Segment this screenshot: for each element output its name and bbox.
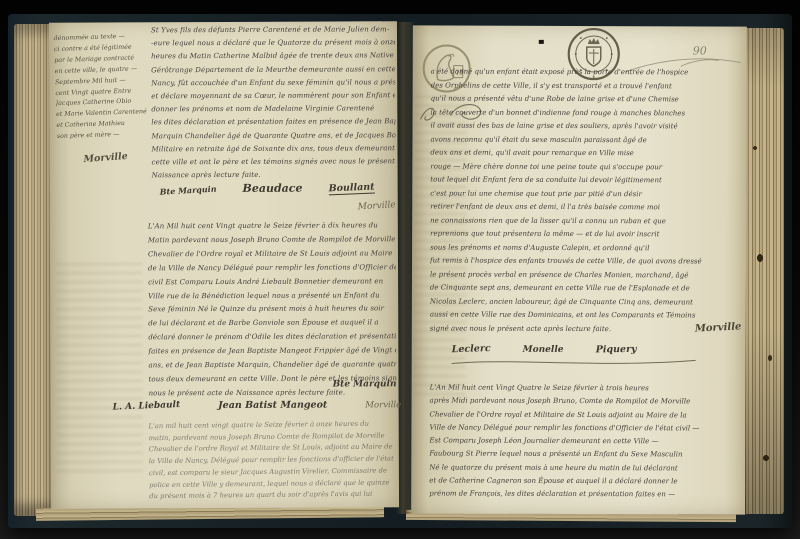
right-act1-signatures: Leclerc Monelle Piquery: [452, 344, 712, 356]
signature: Monelle: [523, 345, 564, 355]
handwritten-line: tout lequel dit Enfant fera de sa condui…: [430, 173, 742, 188]
handwritten-line: cette ville et ont le père et les témoin…: [152, 155, 396, 169]
handwritten-line: Chevalier de l'Ordre royal et Militaire …: [148, 247, 396, 262]
act2-signatures-row1: Bte Marquin: [303, 379, 397, 389]
right-act1-official-signature: Morville: [648, 322, 742, 333]
signature-official: Morville: [365, 400, 401, 410]
right-act2-text: L'An Mil huit cent Vingt Quatre le Seize…: [429, 381, 741, 502]
signature: Bte Marquin: [159, 184, 216, 197]
right-page: 1F: [411, 25, 747, 514]
act2-signatures-row2: L. A. Liebault Jean Batist Mangeot Morvi…: [113, 399, 397, 411]
handwritten-line: Ville de Nancy Délégué pour remplir les …: [429, 421, 741, 435]
handwritten-line: retirer l'enfant de deux ans et demi, il…: [430, 200, 742, 215]
handwritten-line: ne connaissions rien que de la lisser qu…: [430, 214, 742, 229]
handwritten-line: rouge — Mère chère donne toi une peine t…: [430, 160, 742, 175]
handwritten-line: son père et mère —: [57, 129, 153, 143]
handwritten-line: Est Comparu Joseph Léon Journalier demeu…: [429, 435, 741, 449]
handwritten-line: L'An Mil huit cent Vingt quatre le Seize…: [148, 219, 396, 234]
handwritten-line: la tête couverte d'un bonnet d'indienne …: [431, 106, 743, 121]
handwritten-line: prénom de François, les dites déclaratio…: [429, 488, 741, 502]
handwritten-line: de Cinquante sept ans, demeurant en cett…: [430, 281, 742, 296]
handwritten-line: Chevalier de l'Ordre royal et Militaire …: [429, 408, 741, 422]
handwritten-line: L'An Mil huit cent Vingt Quatre le Seize…: [430, 381, 742, 395]
handwritten-line: faites en présence de Jean Baptiste Mang…: [148, 344, 396, 359]
handwritten-line: a été donné qu'un enfant était exposé pr…: [431, 65, 743, 80]
handwritten-line: Nancy, fût accouchée d'un Enfant du sexe…: [151, 76, 395, 90]
handwritten-line: Ville rue de la Bénédiction lequel nous …: [148, 289, 396, 304]
signature: L. A. Liebault: [112, 400, 180, 413]
right-act1-text: a été donné qu'un enfant était exposé pr…: [430, 65, 743, 336]
handwritten-line: déclaré donner le prénom d'Odile les dit…: [148, 330, 396, 345]
act1-text: St Yves fils des défunts Pierre Carenten…: [151, 23, 396, 183]
photograph-of-open-register: dénommée au texte —ci contre a été légit…: [0, 0, 800, 539]
act1-signatures-row1: Bte Marquin Beaudace Boullant: [160, 181, 396, 195]
handwritten-line: et de Catherine Cagneron son Épouse et a…: [429, 475, 741, 489]
signature-official: Morville: [695, 321, 742, 334]
handwritten-line: après Midi pardevant nous Joseph Bruno, …: [430, 395, 742, 409]
act3-text: L'an mil huit cent vingt quatre le Seize…: [148, 418, 397, 503]
signature: Leclerc: [452, 343, 491, 355]
handwritten-line: fut remis à l'hospice des enfants trouvé…: [430, 254, 742, 269]
ink-dot: [539, 40, 544, 44]
signature: Beaudace: [242, 182, 302, 195]
signature-official: Morville: [358, 200, 396, 212]
handwritten-line: Né le quatorze du présent mois à une heu…: [429, 461, 741, 475]
handwritten-line: il avait aussi des bas de laine grise et…: [430, 119, 742, 134]
handwritten-line: le présent procès verbal en présence de …: [430, 268, 742, 283]
signature: Piquery: [595, 344, 636, 356]
margin-note: dénommée au texte —ci contre a été légit…: [53, 31, 152, 143]
left-page: dénommée au texte —ci contre a été légit…: [49, 21, 399, 509]
signature-morville-margin: Morville: [83, 151, 128, 165]
act1-signatures-row2: Morville: [300, 201, 396, 211]
handwritten-line: du présent mois à 7 heures un quart du s…: [149, 489, 397, 504]
handwritten-line: Marquin Chandelier âgé de Quarante Quatr…: [151, 129, 395, 143]
signature: Bte Marquin: [333, 379, 397, 389]
handwritten-line: Gérôtrange Département de la Meurthe dem…: [151, 63, 395, 77]
handwritten-line: Sexe féminin Né le Quinze du présent moi…: [148, 303, 396, 318]
handwritten-line: sous les prénoms et noms d'Auguste Calep…: [430, 241, 742, 256]
handwritten-line: reprenions que tout présentera la même —…: [430, 227, 742, 242]
handwritten-line: des Orphelins de cette Ville, il s'y est…: [431, 79, 743, 94]
handwritten-line: St Yves fils des défunts Pierre Carenten…: [151, 23, 395, 37]
page-edge-stack-left: [14, 24, 52, 516]
handwritten-line: heures du Matin Catherine Malbid âgée de…: [151, 50, 395, 64]
handwritten-line: ans, et de Jean Baptiste Marquin, Chande…: [148, 358, 396, 373]
handwritten-line: les dites déclaration et présentation fa…: [151, 116, 395, 130]
handwritten-line: Nicolas Leclerc, ancien laboureur, âgé d…: [430, 295, 742, 310]
signature: Jean Batist Mangeot: [218, 400, 327, 411]
handwritten-line: Matin pardevant nous Joseph Bruno Comte …: [148, 233, 396, 248]
handwritten-line: avons reconnu qu'il était du sexe mascul…: [430, 133, 742, 148]
book-cover: dénommée au texte —ci contre a été légit…: [8, 14, 792, 528]
handwritten-line: deux ans et demi, qu'il avait pour remar…: [430, 146, 742, 161]
handwritten-line: donner les prénoms et nom de Madelaine V…: [151, 102, 395, 116]
handwritten-line: Faubourg St Pierre lequel nous a présent…: [429, 448, 741, 462]
handwritten-line: qu'il nous a présenté vêtu d'une Robe de…: [431, 92, 743, 107]
handwritten-line: de la Ville de Nancy Délégué pour rempli…: [148, 261, 396, 276]
handwritten-line: et déclare moyennant de sa Cœur, le nomm…: [151, 89, 395, 103]
handwritten-line: Militaire en retraite âgé de Soixante di…: [151, 142, 395, 156]
ink-bleed-through: [56, 262, 143, 472]
handwritten-line: c'est pour lui une chemise que tout prie…: [430, 187, 742, 202]
handwritten-line: de lui déclarant et de Barbe Gonviole so…: [148, 317, 396, 332]
act2-text: L'An Mil huit cent Vingt quatre le Seize…: [148, 219, 397, 401]
signature-flourish-underline: [450, 356, 700, 369]
handwritten-line: civil Est Comparu Louis André Liebault B…: [148, 275, 396, 290]
handwritten-line: aussi en cette Ville rue des Dominicains…: [430, 308, 742, 323]
handwritten-line: -eure lequel nous a déclaré que le Quato…: [151, 36, 395, 50]
fore-edge-stack: [746, 28, 784, 514]
signature: Boullant: [328, 182, 374, 196]
